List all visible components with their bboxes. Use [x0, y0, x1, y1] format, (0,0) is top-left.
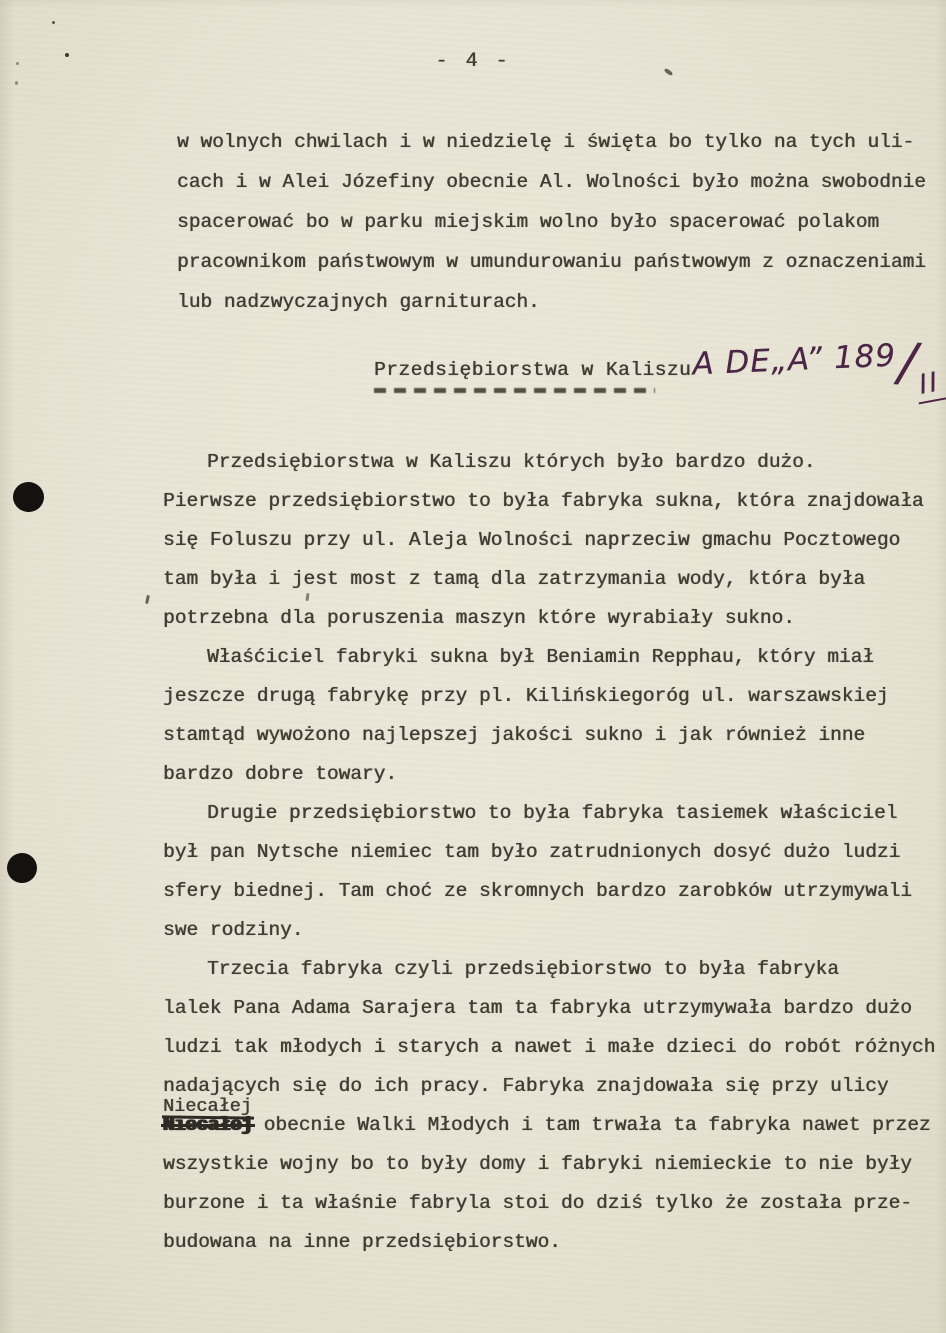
text-line: swe rodziny. — [163, 911, 943, 950]
text-line: wszystkie wojny bo to były domy i fabryk… — [163, 1145, 943, 1184]
section-heading-block: Przedsiębiorstwa w Kaliszu — [374, 359, 691, 393]
document-page: - 4 - w wolnych chwilach i w niedzielę i… — [0, 0, 946, 1333]
text-line: sfery biednej. Tam choć ze skromnych bar… — [163, 872, 943, 911]
text-line: w wolnych chwilach i w niedzielę i święt… — [177, 122, 943, 162]
text-line: Drugie przedsiębiorstwo to była fabryka … — [163, 794, 943, 833]
paragraph-doll-factory-continued: wszystkie wojny bo to były domy i fabryk… — [163, 1145, 943, 1262]
paper-speck — [52, 21, 55, 24]
text-line: jeszcze drugą fabrykę przy pl. Kilińskie… — [163, 677, 943, 716]
text-line: spacerować bo w parku miejskim wolno był… — [177, 202, 943, 242]
annotation-roman-numeral: II — [913, 366, 946, 405]
paragraph-cloth-factory-owner: Właśćiciel fabryki sukna był Beniamin Re… — [163, 638, 943, 794]
text-line: nadających się do ich pracy. Fabryka zna… — [163, 1067, 943, 1106]
corrected-line-text: obecnie Walki Młodych i tam trwała ta fa… — [264, 1114, 931, 1136]
text-line: się Foluszu przy ul. Aleja Wolności napr… — [163, 521, 943, 560]
handwritten-annotation: A DE„A” 189 / II — [692, 336, 945, 413]
text-line: lalek Pana Adama Sarajera tam ta fabryka… — [163, 989, 943, 1028]
text-line: cach i w Alei Józefiny obecnie Al. Wolno… — [177, 162, 943, 202]
text-line: stamtąd wywożono najlepszej jakości sukn… — [163, 716, 943, 755]
hole-punch-bottom — [7, 853, 37, 883]
paragraph-businesses: Przedsiębiorstwa w Kaliszu których było … — [163, 443, 943, 638]
paragraph-intro: w wolnych chwilach i w niedzielę i święt… — [177, 122, 943, 322]
text-line: potrzebna dla poruszenia maszyn które wy… — [163, 599, 943, 638]
hole-punch-top — [11, 480, 46, 514]
dashed-underline — [374, 388, 655, 393]
text-line: pracownikom państwowym w umundurowaniu p… — [177, 242, 943, 282]
corrected-line: Niecałejobecnie Walki Młodych i tam trwa… — [163, 1106, 943, 1145]
text-line: ludzi tak młodych i starych a nawet i ma… — [163, 1028, 943, 1067]
document-body: Przedsiębiorstwa w Kaliszu których było … — [163, 443, 943, 1262]
text-line: lub nadzwyczajnych garniturach. — [177, 282, 943, 322]
text-line: Przedsiębiorstwa w Kaliszu których było … — [163, 443, 943, 482]
text-line: Trzecia fabryka czyli przedsiębiorstwo t… — [163, 950, 943, 989]
text-line: budowana na inne przedsiębiorstwo. — [163, 1223, 943, 1262]
text-line: był pan Nytsche niemiec tam było zatrudn… — [163, 833, 943, 872]
paragraph-doll-factory: Trzecia fabryka czyli przedsiębiorstwo t… — [163, 950, 943, 1106]
section-heading: Przedsiębiorstwa w Kaliszu — [374, 359, 691, 381]
pen-tick-mark — [145, 595, 149, 604]
text-line: burzone i ta właśnie fabryla stoi do dzi… — [163, 1184, 943, 1223]
paper-speck — [15, 81, 18, 85]
paragraph-ribbon-factory: Drugie przedsiębiorstwo to była fabryka … — [163, 794, 943, 950]
annotation-text: A DE„A” 189 — [692, 338, 897, 383]
struck-out-word: Niecałej — [163, 1106, 253, 1145]
text-line: tam była i jest most z tamą dla zatrzyma… — [163, 560, 943, 599]
text-line: bardzo dobre towary. — [163, 755, 943, 794]
page-number: - 4 - — [0, 50, 946, 73]
text-line: Właśćiciel fabryki sukna był Beniamin Re… — [163, 638, 943, 677]
text-line: Pierwsze przedsiębiorstwo to była fabryk… — [163, 482, 943, 521]
